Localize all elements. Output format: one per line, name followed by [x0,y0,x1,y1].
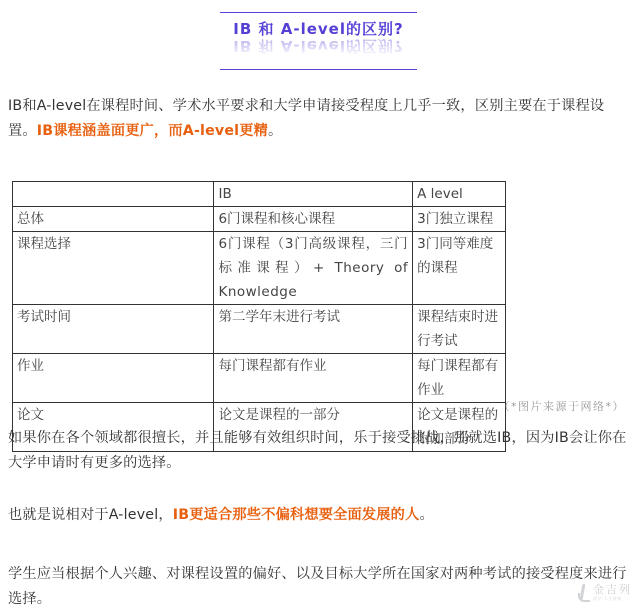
table-header-cell [13,182,214,207]
comparison-table: IB A level 总体 6门课程和核心课程 3门独立课程 课程选择 6门课程… [12,181,506,452]
table-header-row: IB A level [13,182,506,207]
watermark-brand: 金吉列 [593,584,632,596]
summary-text: 也就是说相对于A-level， [8,507,173,523]
row-label: 总体 [13,207,214,232]
ib-cell: 6门课程和核心课程 [214,207,413,232]
intro-paragraph: IB和A-level在课程时间、学术水平要求和大学申请接受程度上几乎一致，区别主… [8,94,633,144]
table-header-ib: IB [214,182,413,207]
table-header-alevel: A level [413,182,506,207]
article-title-block: IB 和 A-level的区别? IB 和 A-level的区别? [220,12,417,70]
intro-highlight: IB课程涵盖面更广，而A-level更精 [37,123,268,139]
image-source-note: （*图片来源于网络*） [499,398,626,414]
brand-watermark: 金吉列 留学·人生规划 [578,580,634,604]
table-row: 课程选择 6门课程（3门高级课程，三门标准课程）+ Theory of Know… [13,232,506,305]
table-row: 总体 6门课程和核心课程 3门独立课程 [13,207,506,232]
row-label: 课程选择 [13,232,214,305]
alevel-cell: 课程结束时进行考试 [413,305,506,354]
alevel-cell: 3门独立课程 [413,207,506,232]
table-row: 作业 每门课程都有作业 每门课程都有作业 [13,354,506,403]
intro-text-end: 。 [268,123,282,139]
row-label: 考试时间 [13,305,214,354]
table-row: 考试时间 第二学年末进行考试 课程结束时进行考试 [13,305,506,354]
summary-paragraph: 也就是说相对于A-level，IB更适合那些不偏科想要全面发展的人。 [8,503,633,528]
summary-text-end: 。 [419,507,433,523]
row-label: 作业 [13,354,214,403]
summary-highlight: IB更适合那些不偏科想要全面发展的人 [173,507,420,523]
ib-cell: 6门课程（3门高级课程，三门标准课程）+ Theory of Knowledge [214,232,413,305]
advice-paragraph: 学生应当根据个人兴趣、对课程设置的偏好、以及目标大学所在国家对两种考试的接受程度… [8,562,633,610]
ib-cell: 第二学年末进行考试 [214,305,413,354]
choose-ib-paragraph: 如果你在各个领域都很擅长，并且能够有效组织时间，乐于接受挑战，那就选IB，因为I… [8,426,633,476]
alevel-cell: 3门同等难度的课程 [413,232,506,305]
watermark-subtitle: 留学·人生规划 [593,596,632,601]
watermark-text-group: 金吉列 留学·人生规划 [593,584,632,601]
article-title-reflection: IB 和 A-level的区别? [220,36,417,56]
comparison-table-image: IB A level 总体 6门课程和核心课程 3门独立课程 课程选择 6门课程… [12,181,506,452]
ib-cell: 每门课程都有作业 [214,354,413,403]
brand-logo-icon [578,583,590,601]
alevel-cell: 每门课程都有作业 [413,354,506,403]
